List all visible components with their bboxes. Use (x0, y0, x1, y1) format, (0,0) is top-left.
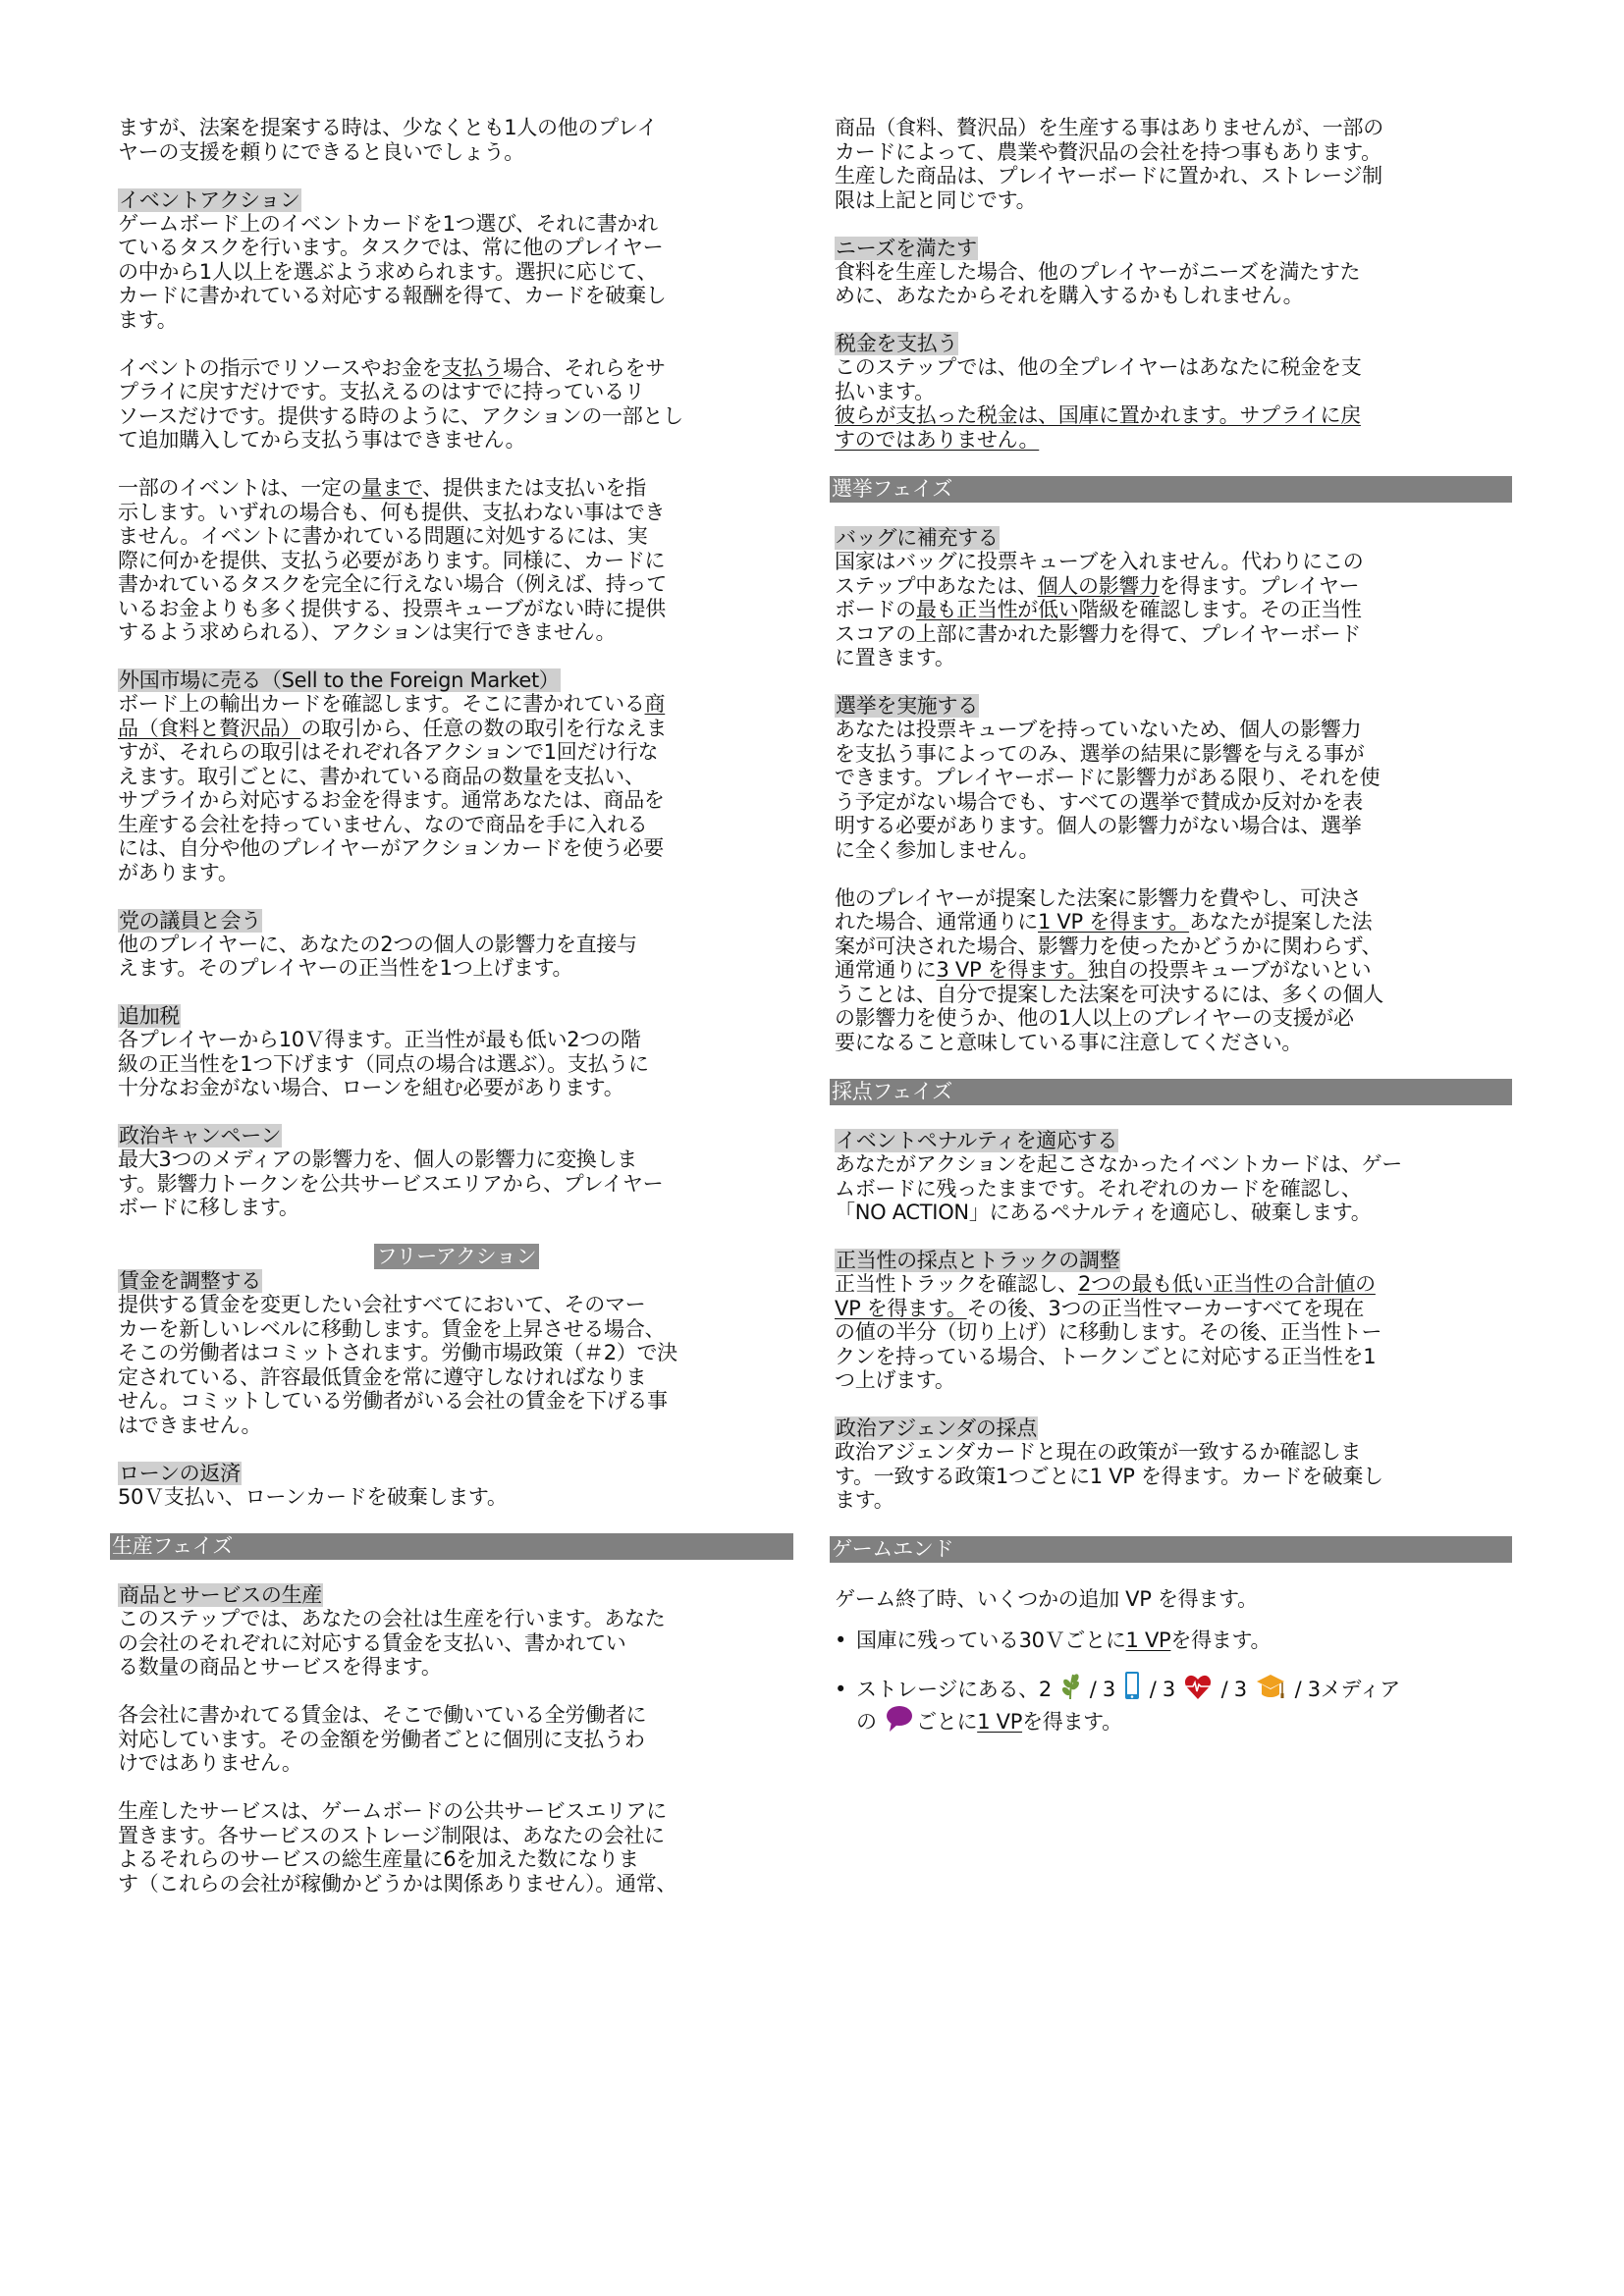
agenda-para: 政治アジェンダカードと現在の政策が一致するか確認しま す。一致する政策1つごとに… (835, 1440, 1522, 1513)
hold-election-para2: 他のプレイヤーが提案した法案に影響力を費やし、可決さ れた場合、通常通りに1 V… (835, 886, 1522, 1055)
game-end-bar: ゲームエンド (830, 1536, 1512, 1563)
hold-election-heading: 選挙を実施する (835, 694, 979, 718)
underlined-text: 支払う (442, 356, 503, 380)
extra-tax-heading: 追加税 (118, 1004, 181, 1028)
wages-heading: 賃金を調整する (118, 1269, 262, 1293)
left-column: ますが、法案を提案する時は、少なくとも1人の他のプレイ ヤーの支援を頼りにできる… (118, 116, 805, 1896)
production-heading: 商品とサービスの生産 (118, 1583, 323, 1607)
needs-heading: ニーズを満たす (835, 237, 978, 260)
game-end-bullet-treasury: •国庫に残っている30Ｖごとに1 VPを得ます。 (835, 1629, 1522, 1653)
bullet-dot: • (835, 1629, 856, 1653)
refill-bag-heading: バッグに補充する (835, 526, 1000, 550)
campaign-heading: 政治キャンペーン (118, 1124, 282, 1148)
free-action-title: フリーアクション (374, 1244, 540, 1269)
game-end-bullet-storage: •ストレージにある、2 / 3 / 3 / 3 / 3メディア (835, 1671, 1522, 1706)
agenda-heading: 政治アジェンダの採点 (835, 1416, 1038, 1440)
election-phase-bar: 選挙フェイズ (830, 476, 1512, 503)
intro-paragraph: ますが、法案を提案する時は、少なくとも1人の他のプレイ ヤーの支援を頼りにできる… (118, 116, 805, 164)
campaign-para: 最大3つのメディアの影響力を、個人の影響力に変換しま す。影響力トークンを公共サ… (118, 1148, 805, 1220)
repay-loan-heading: ローンの返済 (118, 1462, 242, 1485)
wages-para: 提供する賃金を変更したい会社すべてにおいて、そのマー カーを新しいレベルに移動し… (118, 1293, 805, 1437)
event-action-para1: ゲームボード上のイベントカードを1つ選び、それに書かれ ているタスクを行います。… (118, 212, 805, 333)
refill-bag-para: 国家はバッグに投票キューブを入れません。代わりにこの ステップ中あなたは、個人の… (835, 550, 1522, 670)
free-action-title-wrap: フリーアクション (118, 1244, 795, 1269)
repay-loan-para: 50Ｖ支払い、ローンカードを破棄します。 (118, 1485, 805, 1510)
event-action-para2: イベントの指示でリソースやお金を支払う場合、それらをサ プライに戻すだけです。支… (118, 356, 805, 453)
foreign-market-heading: 外国市場に売る（Sell to the Foreign Market） (118, 668, 561, 692)
speech-bubble-icon (886, 1705, 913, 1738)
pay-taxes-para: このステップでは、他の全プレイヤーはあなたに税金を支 払います。 彼らが支払った… (835, 355, 1522, 452)
production-continued: 商品（食料、贅沢品）を生産する事はありませんが、一部の カードによって、農業や贅… (835, 116, 1522, 212)
pay-taxes-heading: 税金を支払う (835, 332, 958, 355)
hold-election-para1: あなたは投票キューブを持っていないため、個人の影響力 を支払う事によってのみ、選… (835, 718, 1522, 862)
game-end-intro: ゲーム終了時、いくつかの追加 VP を得ます。 (835, 1587, 1522, 1612)
event-penalty-para: あなたがアクションを起こさなかったイベントカードは、ゲー ムボードに残ったままで… (835, 1152, 1522, 1225)
meet-party-heading: 党の議員と会う (118, 909, 262, 933)
game-end-bullet-storage-cont: の ごとに1 VPを得ます。 (835, 1705, 1522, 1738)
event-penalty-heading: イベントペナルティを適応する (835, 1129, 1118, 1152)
extra-tax-para: 各プレイヤーから10Ｖ得ます。正当性が最も低い2つの階 級の正当性を1つ下げます… (118, 1028, 805, 1100)
production-phase-bar: 生産フェイズ (110, 1533, 793, 1560)
production-para2: 各会社に書かれてる賃金は、そこで働いている全労働者に 対応しています。その金額を… (118, 1703, 805, 1776)
heart-pulse-icon (1184, 1675, 1212, 1706)
bullet-dot: • (835, 1678, 856, 1702)
graduation-cap-icon (1256, 1673, 1285, 1706)
event-action-heading: イベントアクション (118, 188, 301, 212)
production-para1: このステップでは、あなたの会社は生産を行います。あなた の会社のそれぞれに対応す… (118, 1607, 805, 1680)
legitimacy-heading: 正当性の採点とトラックの調整 (835, 1249, 1120, 1272)
production-para3: 生産したサービスは、ゲームボードの公共サービスエリアに 置きます。各サービスのス… (118, 1799, 805, 1896)
underlined-text: 量まで (361, 476, 422, 500)
foreign-market-para: ボード上の輸出カードを確認します。そこに書かれている商 品（食料と贅沢品）の取引… (118, 692, 805, 884)
needs-para: 食料を生産した場合、他のプレイヤーがニーズを満たすた めに、あなたからそれを購入… (835, 260, 1522, 308)
wheat-icon (1060, 1673, 1080, 1706)
event-action-para3: 一部のイベントは、一定の量まで、提供または支払いを指 示します。いずれの場合も、… (118, 476, 805, 645)
scoring-phase-bar: 採点フェイズ (830, 1079, 1512, 1105)
legitimacy-para: 正当性トラックを確認し、2つの最も低い正当性の合計値の VP を得ます。その後、… (835, 1272, 1522, 1393)
right-column: 商品（食料、贅沢品）を生産する事はありませんが、一部の カードによって、農業や贅… (835, 116, 1522, 1738)
smartphone-icon (1124, 1671, 1140, 1706)
meet-party-para: 他のプレイヤーに、あなたの2つの個人の影響力を直接与 えます。そのプレイヤーの正… (118, 933, 805, 981)
